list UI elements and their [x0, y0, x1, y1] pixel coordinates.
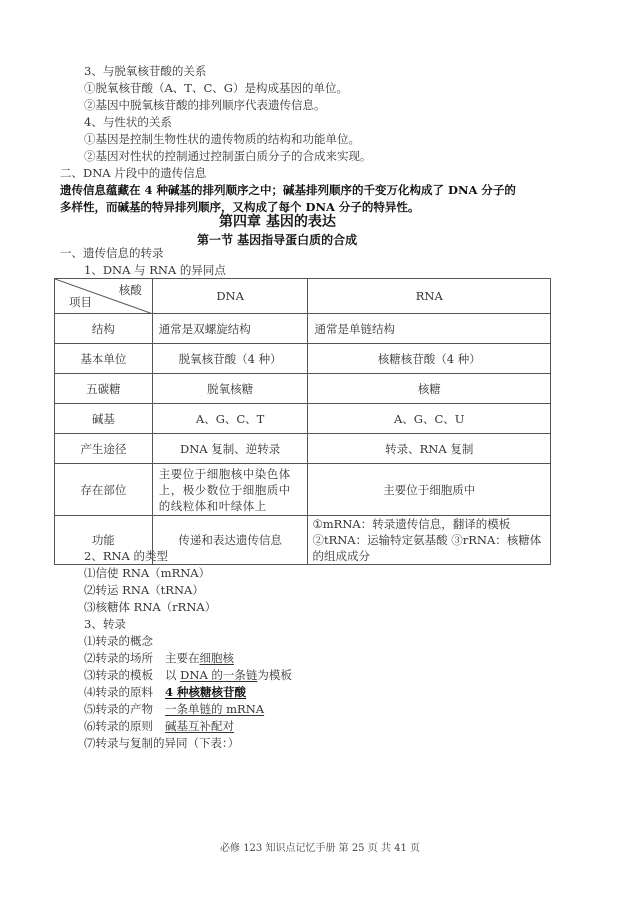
dna-rna-comparison-table: 核酸 项目 DNA RNA 结构 通常是双螺旋结构 通常是单链结构 基本单位 脱… — [54, 278, 551, 565]
dna-cell: 脱氧核糖 — [152, 374, 308, 404]
dna-cell: 主要位于细胞核中染色体上，极少数位于细胞质中的线粒体和叶绿体上 — [152, 464, 308, 516]
text-line: ①脱氧核苷酸（A、T、C、G）是构成基因的单位。 — [84, 80, 348, 97]
list-item-raw-material: ⑷转录的原料4 种核糖核苷酸 — [84, 684, 246, 701]
list-item: ⑵转运 RNA（tRNA） — [84, 582, 204, 599]
corner-label-item: 项目 — [69, 294, 92, 310]
table-row: 碱基 A、G、C、T A、G、C、U — [55, 404, 551, 434]
item-answer: DNA 的一条链 — [180, 668, 257, 682]
text-line: ②基因中脱氧核苷酸的排列顺序代表遗传信息。 — [84, 97, 326, 114]
page-footer: 必修 123 知识点记忆手册 第 25 页 共 41 页 — [0, 839, 640, 854]
table-row: 产生途径 DNA 复制、逆转录 转录、RNA 复制 — [55, 434, 551, 464]
rna-cell: 通常是单链结构 — [308, 314, 551, 344]
item-label: ⑷转录的原料 — [84, 685, 153, 699]
subheading-transcription: 3、转录 — [84, 616, 126, 633]
item-prefix: 主要在 — [165, 651, 200, 665]
subheading-dna-rna-compare: 1、DNA 与 RNA 的异同点 — [84, 262, 226, 279]
column-header-dna: DNA — [152, 279, 308, 314]
text-line: ②基因对性状的控制通过控制蛋白质分子的合成来实现。 — [84, 148, 372, 165]
list-item: ⑴信使 RNA（mRNA） — [84, 565, 210, 582]
rna-cell: ①mRNA：转录遗传信息，翻译的模板 ②tRNA：运输特定氨基酸 ③rRNA：核… — [308, 516, 551, 565]
dna-cell: 脱氧核苷酸（4 种） — [152, 344, 308, 374]
row-label: 结构 — [55, 314, 153, 344]
list-item: ⑴转录的概念 — [84, 633, 153, 650]
item-suffix: 为模板 — [257, 668, 292, 682]
list-item-product: ⑸转录的产物一条单链的 mRNA — [84, 701, 264, 718]
column-header-rna: RNA — [308, 279, 551, 314]
table-row: 基本单位 脱氧核苷酸（4 种） 核糖核苷酸（4 种） — [55, 344, 551, 374]
list-item: ⑶核糖体 RNA（rRNA） — [84, 599, 216, 616]
item-answer: 细胞核 — [200, 651, 235, 665]
row-label: 五碳糖 — [55, 374, 153, 404]
table-row: 五碳糖 脱氧核糖 核糖 — [55, 374, 551, 404]
item-label: ⑵转录的场所 — [84, 651, 153, 665]
dna-cell: DNA 复制、逆转录 — [152, 434, 308, 464]
row-label: 基本单位 — [55, 344, 153, 374]
table-header-row: 核酸 项目 DNA RNA — [55, 279, 551, 314]
dna-cell: A、G、C、T — [152, 404, 308, 434]
row-label: 碱基 — [55, 404, 153, 434]
corner-label-nucleic-acid: 核酸 — [119, 282, 142, 298]
table-row: 结构 通常是双螺旋结构 通常是单链结构 — [55, 314, 551, 344]
item-label: ⑸转录的产物 — [84, 702, 153, 716]
item-prefix: 以 — [165, 668, 180, 682]
rna-cell: A、G、C、U — [308, 404, 551, 434]
item-answer: 碱基互补配对 — [165, 719, 234, 733]
row-label: 产生途径 — [55, 434, 153, 464]
heading-transcription: 一、遗传信息的转录 — [60, 245, 164, 262]
bold-paragraph-line: 遗传信息蕴藏在 4 种碱基的排列顺序之中；碱基排列顺序的千变万化构成了 DNA … — [60, 182, 516, 199]
list-item-principle: ⑹转录的原则碱基互补配对 — [84, 718, 234, 735]
item-label: ⑶转录的模板 — [84, 668, 153, 682]
list-item: ⑺转录与复制的异同（下表：） — [84, 735, 239, 752]
list-item-template: ⑶转录的模板以 DNA 的一条链为模板 — [84, 667, 292, 684]
row-label: 存在部位 — [55, 464, 153, 516]
subheading-trait-relation: 4、与性状的关系 — [84, 114, 172, 131]
rna-cell: 主要位于细胞质中 — [308, 464, 551, 516]
text-line: ①基因是控制生物性状的遗传物质的结构和功能单位。 — [84, 131, 360, 148]
rna-cell: 核糖核苷酸（4 种） — [308, 344, 551, 374]
dna-cell: 传递和表达遗传信息 — [152, 516, 308, 565]
subheading-deoxynucleotide-relation: 3、与脱氧核苷酸的关系 — [84, 63, 206, 80]
list-item-location: ⑵转录的场所主要在细胞核 — [84, 650, 234, 667]
dna-cell: 通常是双螺旋结构 — [152, 314, 308, 344]
heading-dna-genetic-info: 二、DNA 片段中的遗传信息 — [60, 165, 206, 182]
chapter-title: 第四章 基因的表达 — [219, 211, 336, 231]
rna-cell: 转录、RNA 复制 — [308, 434, 551, 464]
table-row: 存在部位 主要位于细胞核中染色体上，极少数位于细胞质中的线粒体和叶绿体上 主要位… — [55, 464, 551, 516]
item-label: ⑹转录的原则 — [84, 719, 153, 733]
item-answer: 4 种核糖核苷酸 — [165, 685, 246, 699]
item-answer: 一条单链的 mRNA — [165, 702, 264, 716]
rna-cell: 核糖 — [308, 374, 551, 404]
subheading-rna-types: 2、RNA 的类型 — [84, 548, 168, 565]
section-title: 第一节 基因指导蛋白质的合成 — [197, 231, 357, 248]
corner-header-cell: 核酸 项目 — [55, 279, 153, 314]
